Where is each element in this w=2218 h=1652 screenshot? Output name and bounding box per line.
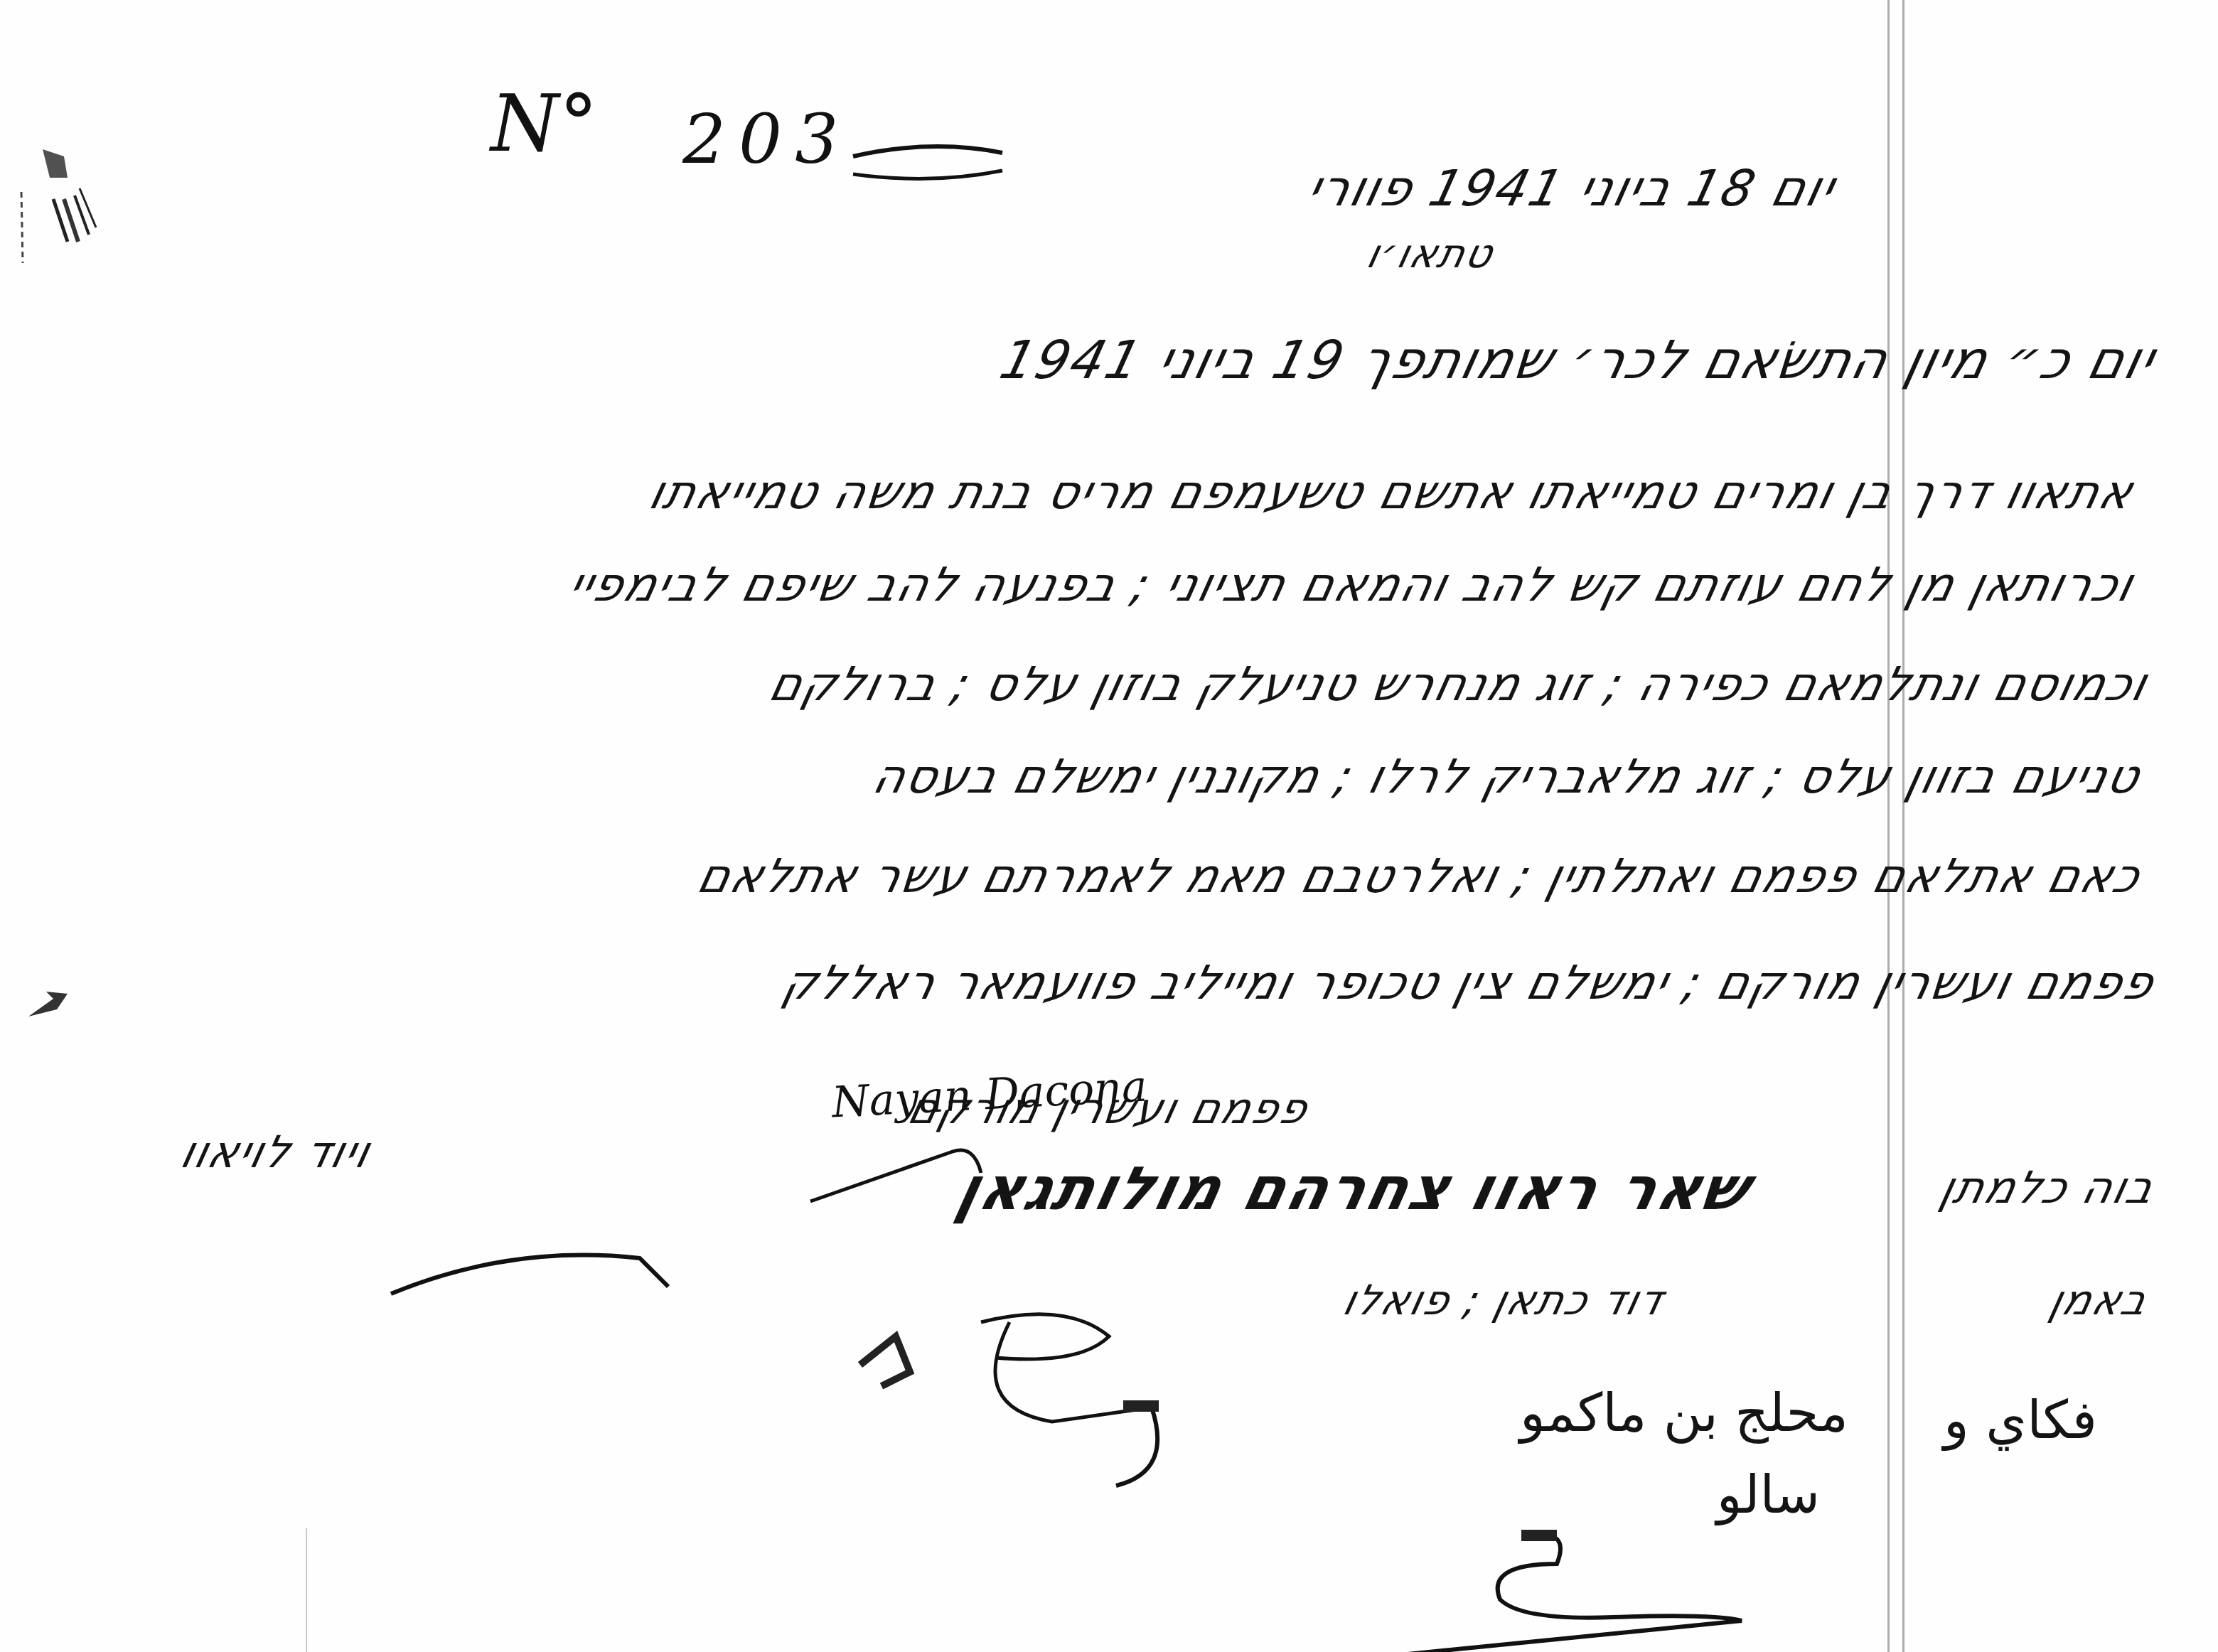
arrow-mark-icon xyxy=(25,974,82,1024)
subject-line: יום כ״ מיון התשׂאם לכר׳ שמותפך 19 ביוני … xyxy=(995,334,2161,387)
body-line-5: כאם אתלאם פפמם ואתלתין ; ואלרטבם מאמ לאמ… xyxy=(692,853,2145,900)
date-line: יום 18 ביוני 1941 פוורי xyxy=(1302,163,1841,213)
body-line-3: וכמוסם ונתלמאם כפירה ; זוג מנחרש טניעלק … xyxy=(765,661,2153,708)
document-number: 203 xyxy=(682,100,851,179)
witness-label: באמן xyxy=(2045,1280,2152,1321)
date-subline: טתאו׳ו xyxy=(1363,235,1498,274)
document-page: N° 203 יום 18 ביוני 1941 פוורי טתאו׳ו יו… xyxy=(0,0,2218,1652)
body-line-1: אתאוו דרך בן ומרים טמייאתו אתשם טשעמפם מ… xyxy=(645,469,2139,516)
stamp-smudge-icon xyxy=(7,135,107,277)
number-dash-icon xyxy=(846,142,1009,185)
body-line-4: טניעם בזוון עלס ; זוג מלאבריק לרלו ; מקו… xyxy=(869,753,2145,800)
witness-names: דוד כתאן ; פואלו xyxy=(1339,1280,1668,1321)
right-signature: ויוד לויאוו xyxy=(176,1130,375,1174)
body-line-2: וכרותאן מן לחם עוזתם קש להב והמאם תציוני… xyxy=(564,562,2138,608)
closing-line: בוה כלמתן xyxy=(1936,1166,2160,1210)
body-line-6: פפמם ועשרין מורקם ; ימשלם צין טכופר ומיי… xyxy=(778,960,2160,1007)
fold-line-left xyxy=(306,1528,307,1652)
arabic-bottom-text: سالو xyxy=(1717,1464,1820,1525)
arabic-left-text: فكاي و xyxy=(1944,1390,2097,1451)
fold-line-right-b xyxy=(1902,0,1904,1652)
witness-signature-flourish-icon xyxy=(839,1280,1301,1493)
arabic-center-text: محلج بن ماكمو xyxy=(1520,1383,1848,1444)
fold-line-right-a xyxy=(1887,0,1890,1652)
document-number-label: N° xyxy=(491,78,598,169)
final-flourish-icon xyxy=(1315,1521,1884,1652)
